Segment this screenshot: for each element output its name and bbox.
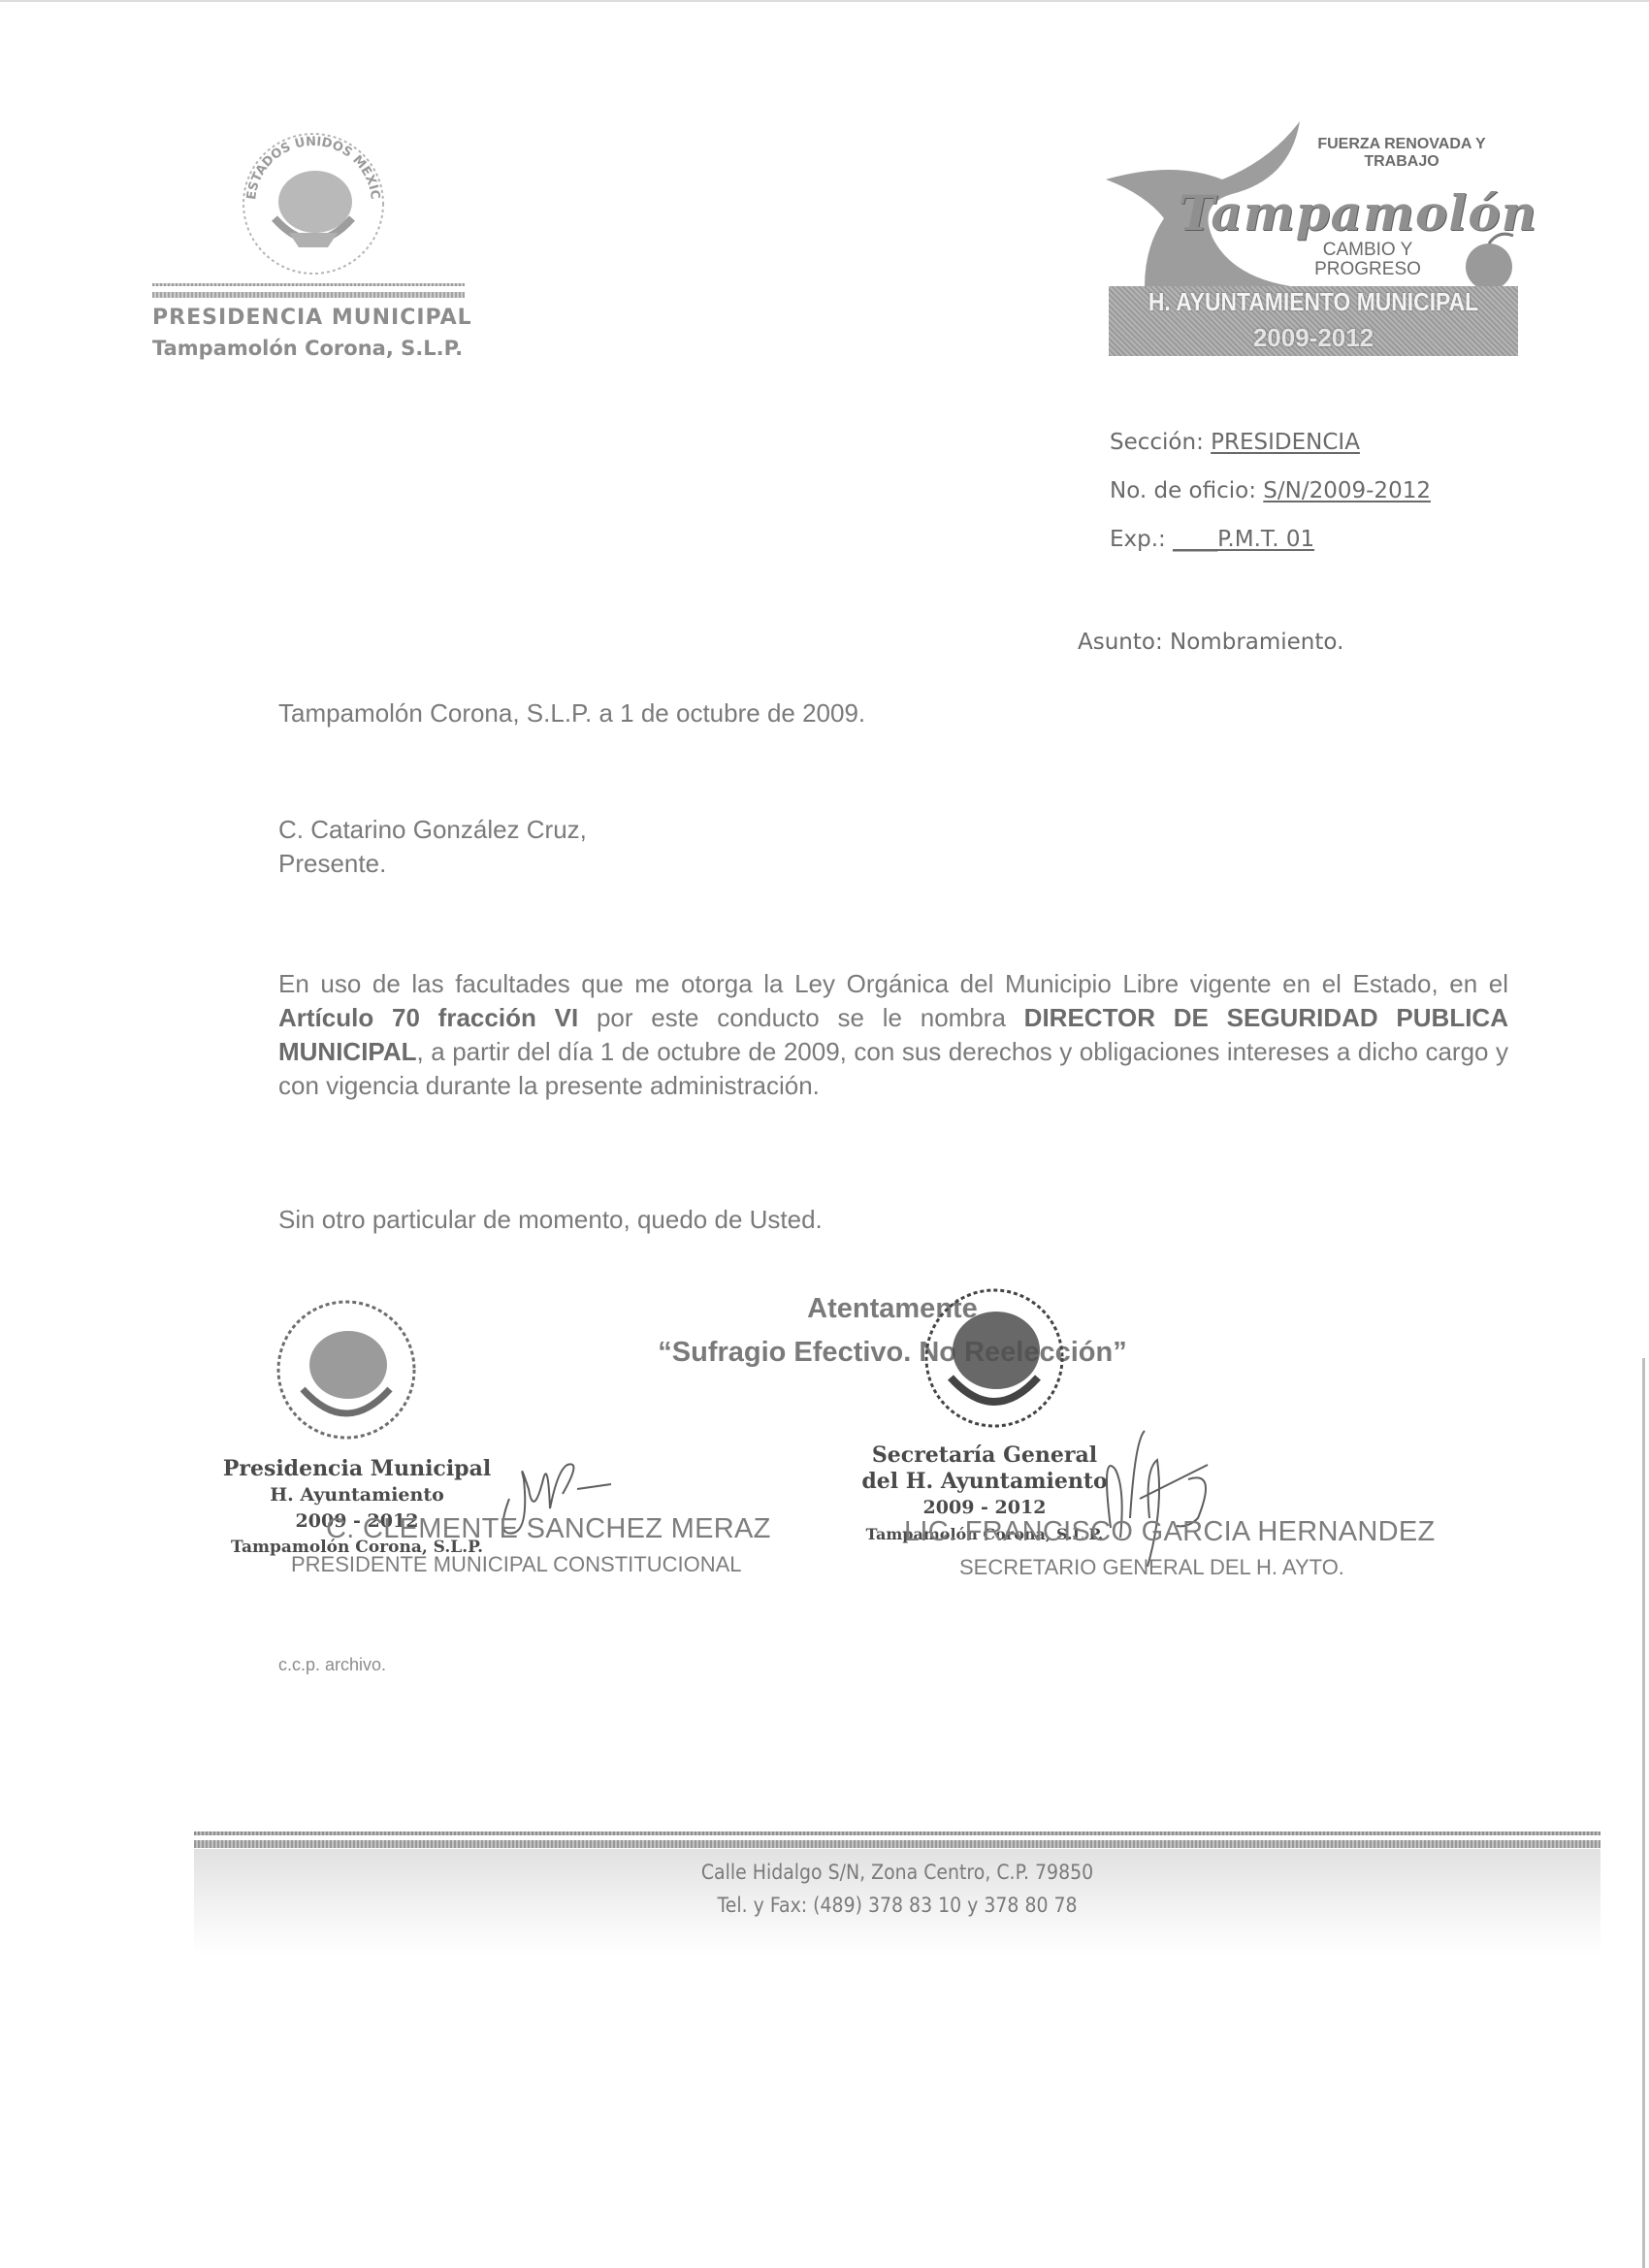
- asunto-value: Nombramiento.: [1170, 630, 1343, 655]
- signer-right-role: SECRETARIO GENERAL DEL H. AYTO.: [959, 1555, 1344, 1580]
- stamp-left-line2: H. Ayuntamiento: [221, 1482, 493, 1508]
- asunto: Asunto: Nombramiento.: [1078, 630, 1343, 655]
- footer-rule-thin: [194, 1831, 1600, 1835]
- header-rule-thick: [152, 292, 465, 298]
- ccp-note: c.c.p. archivo.: [278, 1655, 386, 1675]
- logo-motto-line1: CAMBIO Y: [1290, 241, 1445, 260]
- signature-right-icon: [1072, 1411, 1246, 1576]
- body-paragraph: En uso de las facultades que me otorga l…: [278, 967, 1508, 1103]
- logo-motto-line2: PROGRESO: [1290, 260, 1445, 279]
- signer-left-role: PRESIDENTE MUNICIPAL CONSTITUCIONAL: [291, 1552, 742, 1577]
- header-subtitle: Tampamolón Corona, S.L.P.: [152, 337, 463, 360]
- paragraph-text-1: En uso de las facultades que me otorga l…: [278, 969, 1508, 998]
- paragraph-text-3: , a partir del día 1 de octubre de 2009,…: [278, 1037, 1508, 1100]
- header-rule-thin: [152, 283, 465, 286]
- signer-left-name: C. CLEMENTE SANCHEZ MERAZ: [326, 1513, 771, 1545]
- logo-slogan: FUERZA RENOVADA Y TRABAJO: [1295, 136, 1508, 171]
- footer-rule-thick: [194, 1840, 1600, 1848]
- ref-seccion-label: Sección:: [1110, 430, 1204, 455]
- scan-right-edge: [1642, 1358, 1645, 2268]
- logo-banner-years: 2009-2012: [1109, 323, 1518, 353]
- header-title: PRESIDENCIA MUNICIPAL: [152, 306, 472, 330]
- recipient-block: C. Catarino González Cruz, Presente.: [278, 813, 587, 881]
- closing-line: Sin otro particular de momento, quedo de…: [278, 1205, 823, 1235]
- logo-brand-name: Tampamolón: [1179, 184, 1537, 242]
- date-line: Tampamolón Corona, S.L.P. a 1 de octubre…: [278, 698, 865, 729]
- ref-exp-label: Exp.:: [1110, 527, 1166, 552]
- asunto-label: Asunto:: [1078, 630, 1163, 655]
- recipient-name: C. Catarino González Cruz,: [278, 813, 587, 847]
- scan-top-edge: [0, 0, 1649, 2]
- ref-exp: Exp.: ____P.M.T. 01: [1110, 527, 1314, 552]
- paragraph-text-2: por este conducto se le nombra: [578, 1003, 1024, 1032]
- footer-address: Calle Hidalgo S/N, Zona Centro, C.P. 798…: [265, 1861, 1531, 1884]
- ref-seccion-value: PRESIDENCIA: [1211, 430, 1360, 455]
- signer-right-name: LIC. FRANCISCO GARCIA HERNANDEZ: [904, 1516, 1436, 1548]
- ref-oficio-value: S/N/2009-2012: [1263, 478, 1431, 503]
- secretaria-seal-icon: [917, 1280, 1072, 1436]
- atentamente: Atentamente: [621, 1293, 1164, 1325]
- ref-oficio: No. de oficio: S/N/2009-2012: [1110, 478, 1431, 503]
- presidencia-seal-icon: [269, 1292, 424, 1447]
- paragraph-article-ref: Artículo 70 fracción VI: [278, 1003, 578, 1032]
- logo-banner-title: H. AYUNTAMIENTO MUNICIPAL: [1133, 287, 1493, 317]
- ref-exp-value: ____P.M.T. 01: [1173, 527, 1314, 552]
- mexican-coat-of-arms-icon: ESTADOS UNIDOS MEXICANOS: [236, 126, 391, 281]
- recipient-presente: Presente.: [278, 847, 587, 881]
- logo-motto: CAMBIO Y PROGRESO: [1290, 241, 1445, 279]
- sufragio-motto: “Sufragio Efectivo. No Reelección”: [572, 1337, 1212, 1369]
- ref-oficio-label: No. de oficio:: [1110, 478, 1256, 503]
- stamp-left-line1: Presidencia Municipal: [221, 1456, 493, 1482]
- footer-phone: Tel. y Fax: (489) 378 83 10 y 378 80 78: [265, 1894, 1531, 1917]
- ref-seccion: Sección: PRESIDENCIA: [1110, 430, 1360, 455]
